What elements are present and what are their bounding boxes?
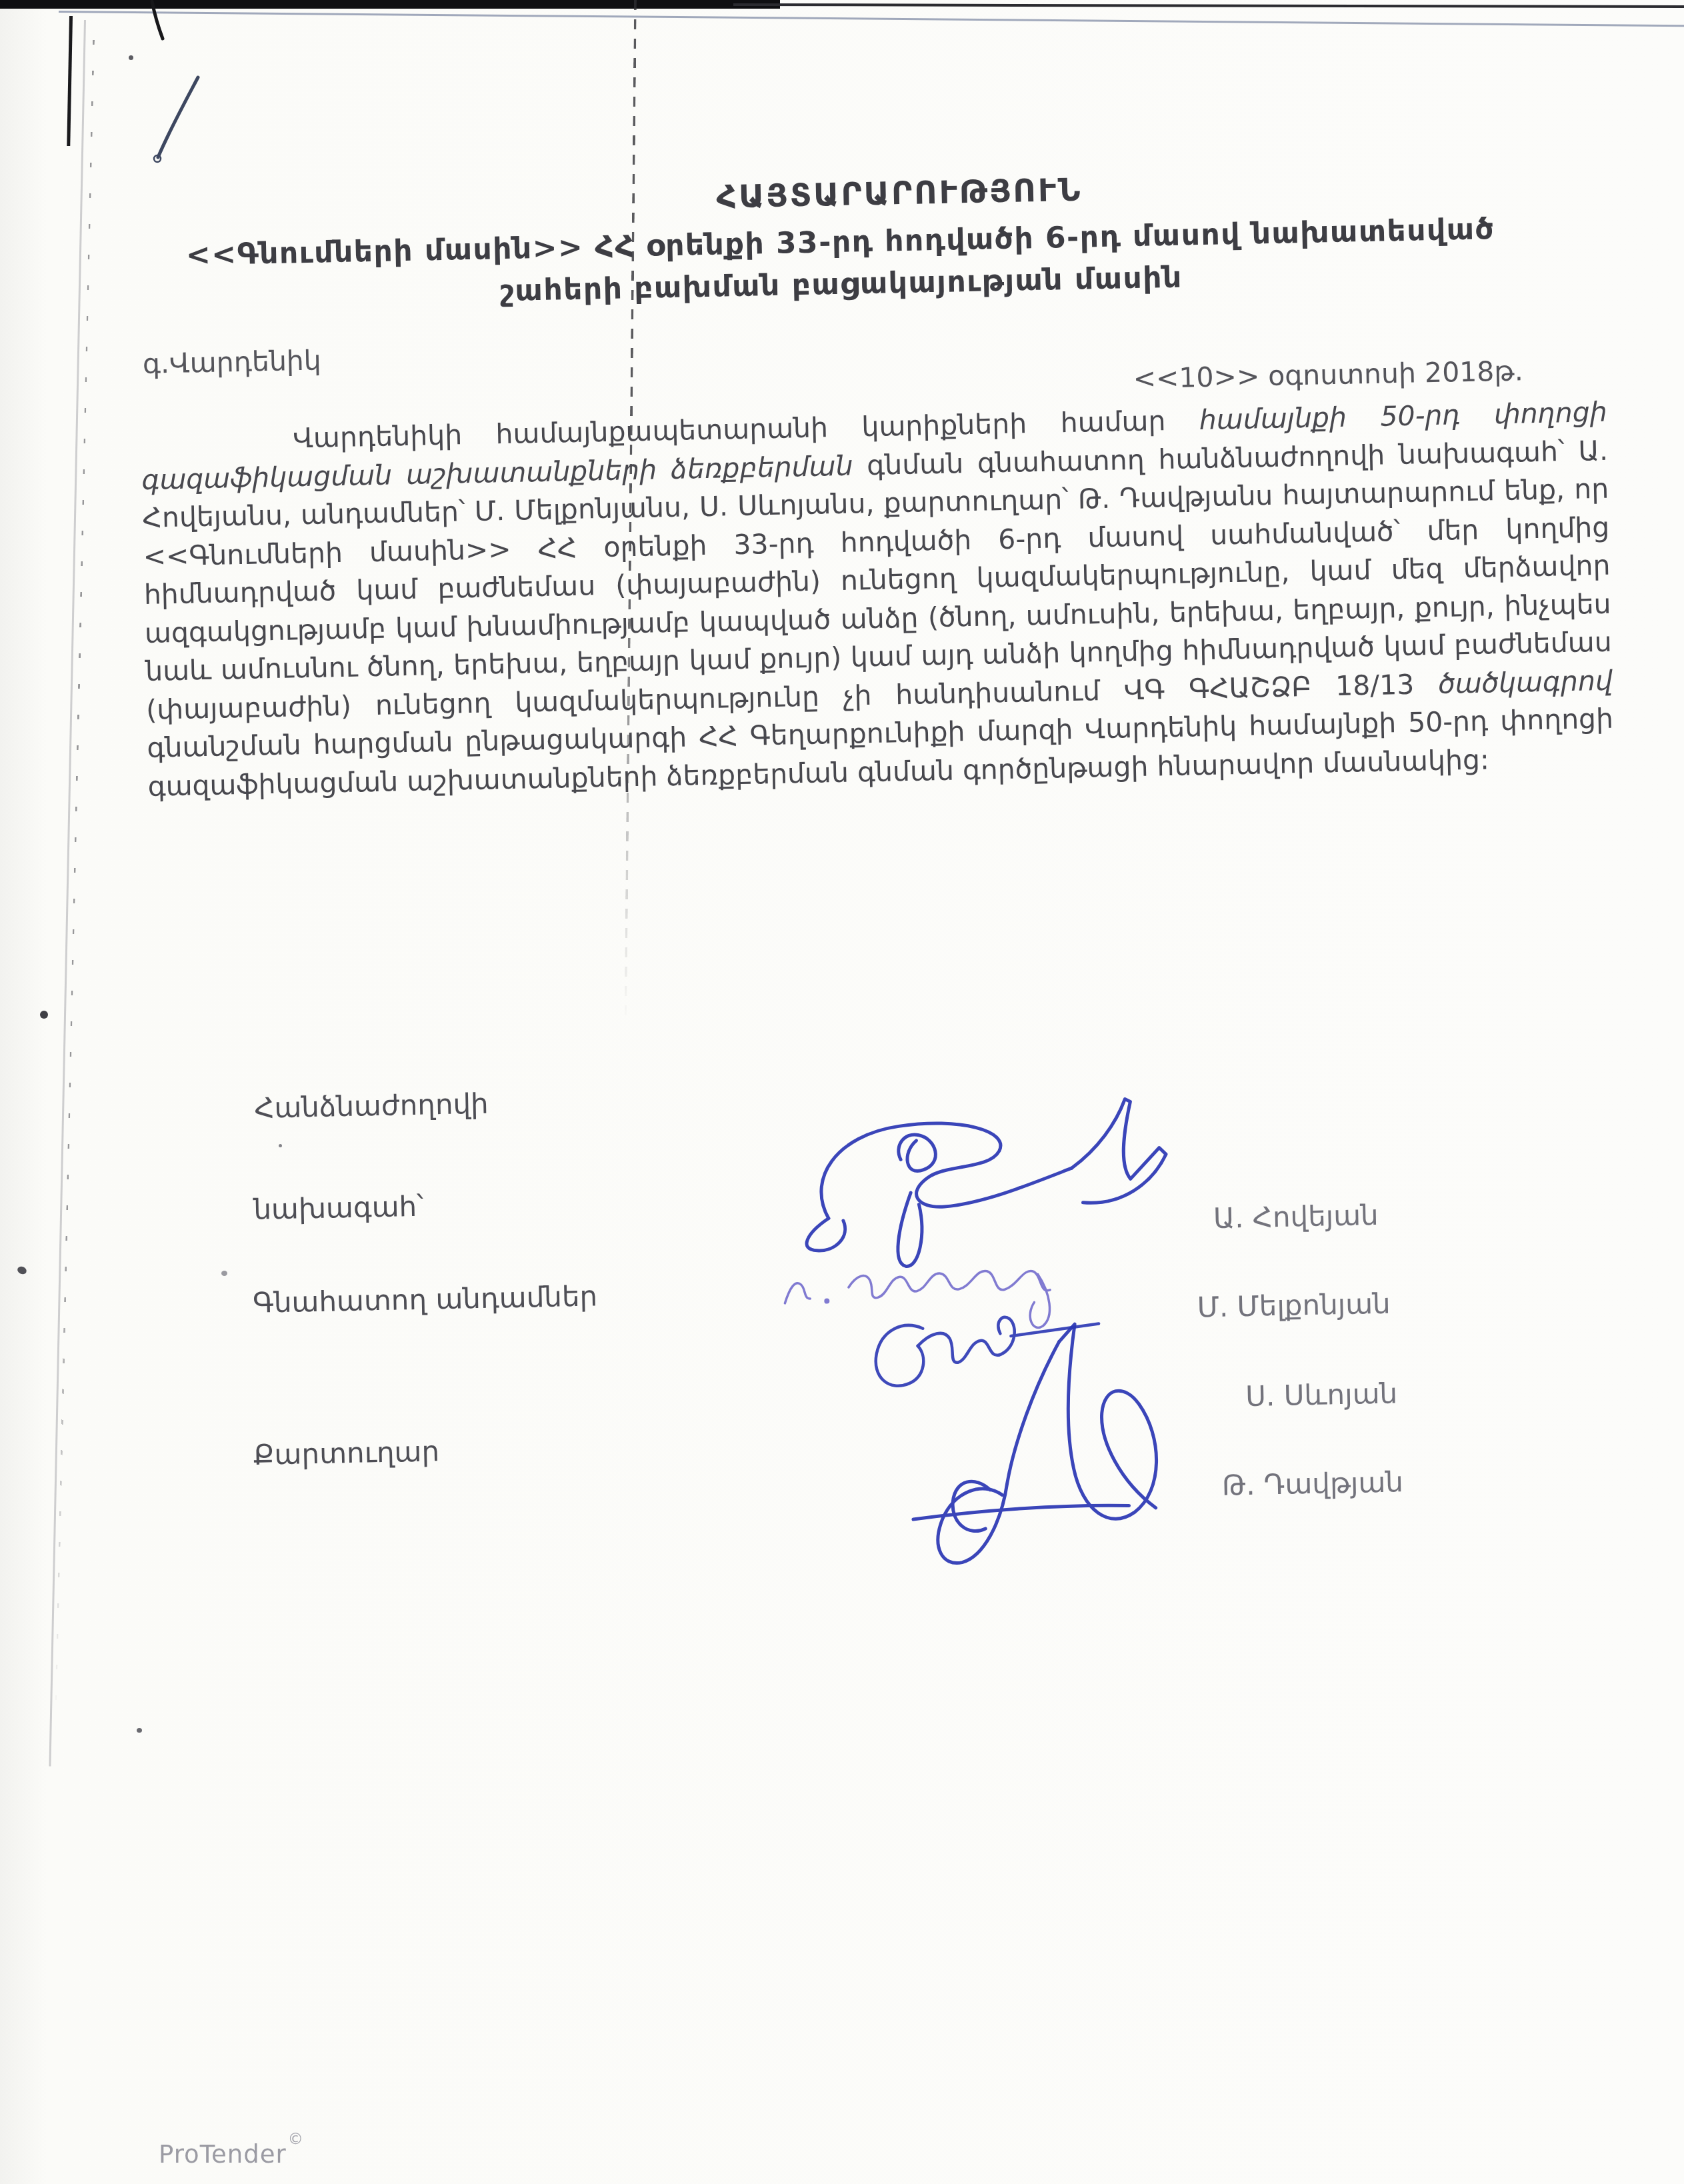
secretary-label: Քարտուղար [253,1435,439,1471]
member2-name: Ս. Սևոյան [1245,1377,1398,1413]
date-label: <<10>> օգոստոսի 2018թ. [1133,355,1523,395]
chairman-label: նախագահ՝ [253,1190,424,1226]
copyright-icon: © [288,2131,304,2148]
member1-name: Մ. Մելքոնյան [1197,1287,1391,1324]
signature-member-2 [875,1315,1099,1387]
body-paragraph: Վարդենիկի համայնքապետարանի կարիքների համ… [141,393,1615,806]
document-content: ՀԱՅՏԱՐԱՐՈՒԹՅՈՒՆ <<Գնումների մասին>> ՀՀ օ… [0,0,1684,2184]
signature-secretary [909,1323,1158,1564]
scanned-document-page: ՀԱՅՏԱՐԱՐՈՒԹՅՈՒՆ <<Գնումների մասին>> ՀՀ օ… [0,0,1684,2184]
signature-chairman [804,1098,1168,1268]
protender-watermark: ProTender© [159,2131,304,2169]
protender-watermark-text: ProTender [159,2140,287,2169]
committee-label: Հանձնաժողովի [254,1087,489,1125]
secretary-name: Թ. Դավթյան [1222,1465,1404,1501]
document-header: ՀԱՅՏԱՐԱՐՈՒԹՅՈՒՆ <<Գնումների մասին>> ՀՀ օ… [103,162,1579,324]
signatures-overlay [0,0,1684,2184]
chairman-name: Ա. Հովեյան [1213,1199,1379,1235]
members-label: Գնահատող անդամներ [253,1280,598,1319]
signature-member-1 [785,1269,1051,1333]
place-label: գ.Վարդենիկ [142,345,321,380]
